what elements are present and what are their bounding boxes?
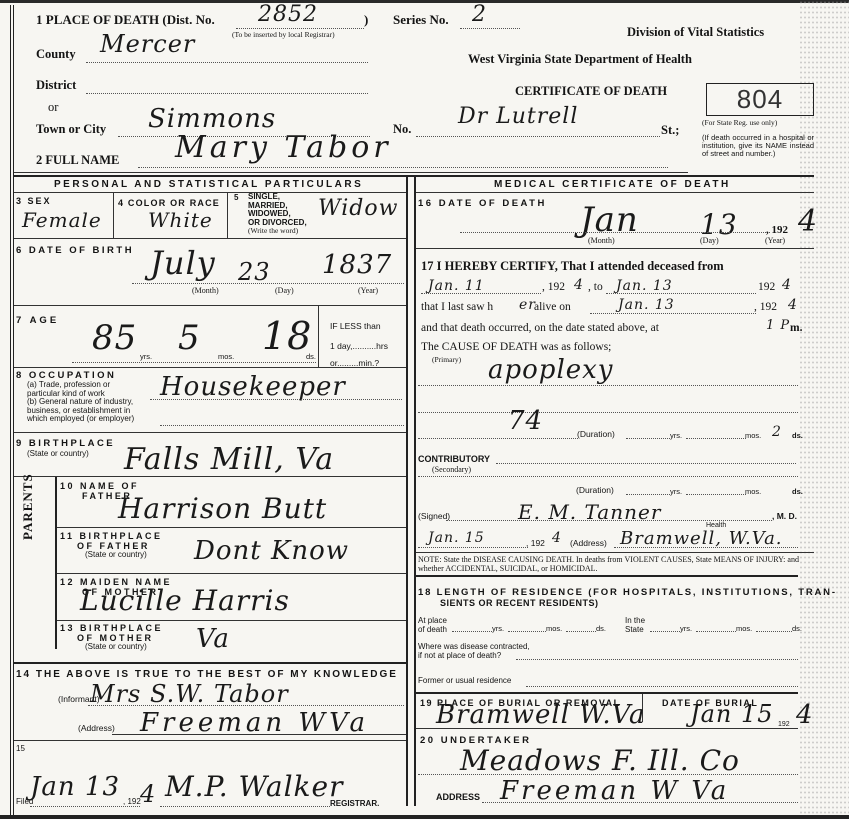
marital-num: 5 — [234, 194, 238, 202]
series-label: Series No. — [393, 12, 449, 28]
filed-date: Jan 13 — [30, 772, 120, 802]
signed-date: Jan. 15 — [428, 530, 485, 546]
county-value: Mercer — [100, 30, 195, 58]
cause-primary: apoplexy — [488, 355, 614, 385]
in-state-label: In theState — [625, 616, 645, 634]
full-name-label: 2 FULL NAME — [36, 153, 119, 168]
street-no-label: No. — [393, 122, 411, 137]
father-name-value: Harrison Butt — [118, 492, 327, 525]
at-place-label: At placeof death — [418, 616, 447, 634]
cause-line: The CAUSE OF DEATH was as follows; — [421, 341, 611, 353]
birthplace-note: (State or country) — [27, 450, 89, 458]
physician-address: Bramwell, W.Va. — [620, 528, 783, 549]
attended-from-year: 4 — [574, 277, 584, 293]
or-label: or — [48, 100, 58, 115]
age-years: 85 — [92, 318, 137, 358]
certificate-number-box: 804 — [706, 83, 814, 116]
age-months: 5 — [178, 318, 201, 358]
father-name-label: 10 NAME OF — [60, 481, 139, 491]
burial-place-value: Bramwell W.Va — [436, 700, 646, 730]
day-caption: (Day) — [275, 286, 294, 295]
county-label: County — [36, 47, 76, 62]
birthplace-value: Falls Mill, Va — [124, 442, 334, 477]
district-label: District — [36, 78, 76, 93]
scan-top-edge — [0, 0, 849, 3]
filed-num: 15 — [16, 745, 25, 753]
birthplace-label: 9 BIRTHPLACE — [16, 438, 115, 449]
sex-value: Female — [22, 208, 102, 232]
mother-birthplace-label: 13 BIRTHPLACE OF MOTHER (State or countr… — [60, 623, 163, 651]
duration-days: 2 — [772, 424, 782, 440]
signed-year: 4 — [552, 530, 562, 546]
less-than-day: IF LESS than 1 day,..........hrs or.....… — [330, 316, 388, 370]
street-value: Dr Lutrell — [458, 104, 578, 129]
occupation-value: Housekeeper — [160, 372, 346, 402]
dod-year: 4 — [798, 204, 818, 239]
personal-section-title: PERSONAL AND STATISTICAL PARTICULARS — [54, 179, 363, 190]
time-of-death: 1 P — [766, 318, 790, 333]
scan-bottom-edge — [0, 815, 849, 819]
month-caption: (Month) — [192, 286, 219, 295]
dob-month: July — [150, 244, 216, 282]
informant-section-title: 14 THE ABOVE IS TRUE TO THE BEST OF MY K… — [16, 669, 398, 680]
undertaker-address-label: ADDRESS — [436, 793, 480, 801]
where-contracted-label: Where was disease contracted,if not at p… — [418, 642, 530, 660]
race-label: 4 COLOR OR RACE — [118, 198, 220, 208]
left-border — [10, 5, 14, 817]
undertaker-value: Meadows F. Ill. Co — [460, 744, 740, 777]
mother-name-value: Lucille Harris — [80, 584, 290, 617]
full-name-value: Mary Tabor — [175, 130, 392, 165]
dob-label: 6 DATE OF BIRTH — [16, 245, 134, 256]
last-saw-year: 4 — [788, 297, 798, 313]
mother-birthplace-value: Va — [196, 624, 230, 654]
last-saw-date: Jan. 13 — [618, 297, 675, 313]
year-caption: (Year) — [358, 286, 378, 295]
parents-side-label: PARENTS — [20, 473, 36, 540]
hospital-note: (If death occurred in a hospital or inst… — [702, 134, 814, 158]
note-text: NOTE: State the DISEASE CAUSING DEATH. I… — [418, 555, 800, 573]
race-value: White — [148, 208, 213, 232]
marital-label: SINGLE, MARRIED, WIDOWED, OR DIVORCED, (… — [248, 193, 307, 235]
residence-title: 18 LENGTH OF RESIDENCE (FOR HOSPITALS, I… — [418, 587, 837, 598]
medical-section-title: MEDICAL CERTIFICATE OF DEATH — [494, 179, 731, 190]
age-label: 7 AGE — [16, 315, 59, 326]
marital-value: Widow — [318, 196, 398, 221]
dob-day: 23 — [238, 258, 271, 286]
burial-year: 4 — [796, 700, 814, 730]
dod-month: Jan — [580, 200, 639, 240]
death-certificate: 1 PLACE OF DEATH (Dist. No. 2852 ) (To b… — [0, 0, 849, 819]
registrar-signature: M.P. Walker — [165, 770, 343, 803]
contributory-label: CONTRIBUTORY — [418, 455, 490, 463]
registrar-label: REGISTRAR. — [330, 800, 379, 808]
division-title: Division of Vital Statistics — [627, 25, 764, 40]
series-number: 2 — [472, 2, 487, 27]
occurred-line: and that death occurred, on the date sta… — [421, 322, 659, 334]
former-residence-label: Former or usual residence — [418, 677, 511, 685]
registrar-note: (To be inserted by local Registrar) — [232, 30, 335, 39]
st-label: St.; — [661, 123, 679, 138]
attended-from: Jan. 11 — [428, 278, 485, 294]
dod-label: 16 DATE OF DEATH — [418, 198, 547, 209]
dob-year: 1837 — [322, 250, 392, 280]
certify-line: 17 I HEREBY CERTIFY, That I attended dec… — [421, 259, 724, 274]
sex-label: 3 SEX — [16, 196, 52, 206]
filed-year: 4 — [140, 780, 156, 808]
occupation-notes: (a) Trade, profession or particular kind… — [27, 381, 134, 424]
burial-date-value: Jan 15 — [690, 700, 774, 728]
father-birthplace-label: 11 BIRTHPLACE OF FATHER (State or countr… — [60, 531, 163, 559]
place-of-death-label: 1 PLACE OF DEATH (Dist. No. — [36, 12, 215, 28]
town-label: Town or City — [36, 122, 106, 137]
attended-to: Jan. 13 — [616, 278, 673, 294]
state-reg-note: (For State Reg. use only) — [702, 118, 777, 127]
attended-to-year: 4 — [782, 277, 792, 293]
department-title: West Virginia State Department of Health — [468, 52, 692, 67]
informant-address-label: (Address) — [78, 724, 115, 732]
scan-noise-edge — [799, 0, 849, 819]
father-birthplace-value: Dont Know — [194, 536, 349, 566]
district-number: 2852 — [258, 2, 318, 27]
cause-primary-note: 74 — [508, 406, 543, 436]
informant-value: Mrs S.W. Tabor — [90, 680, 289, 708]
age-days: 18 — [262, 314, 312, 358]
certificate-title: CERTIFICATE OF DEATH — [515, 84, 667, 99]
signed-label: (Signed) — [418, 512, 450, 520]
